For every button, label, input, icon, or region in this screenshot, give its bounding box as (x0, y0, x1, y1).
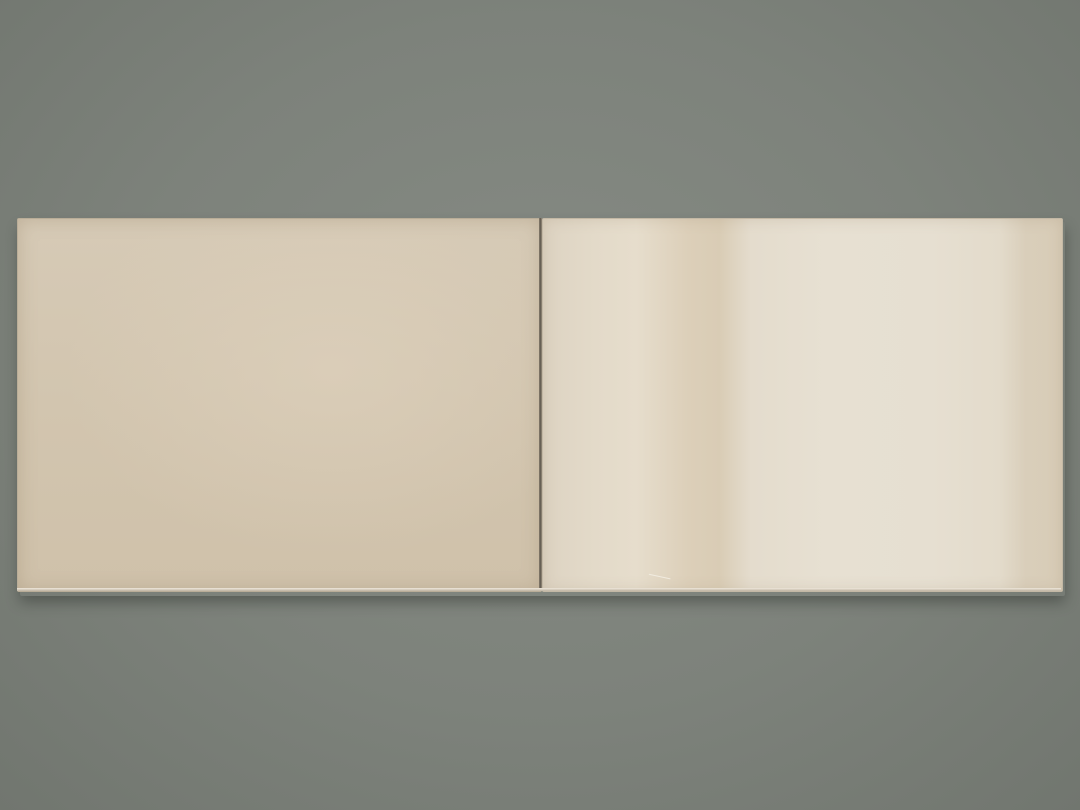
right-page-text (543, 219, 544, 220)
left-page-text (18, 219, 19, 220)
page-edge (17, 588, 1061, 591)
right-page (542, 218, 1063, 592)
scene-description: Open blank book photographed from above … (0, 0, 1, 1)
left-page (17, 218, 542, 592)
